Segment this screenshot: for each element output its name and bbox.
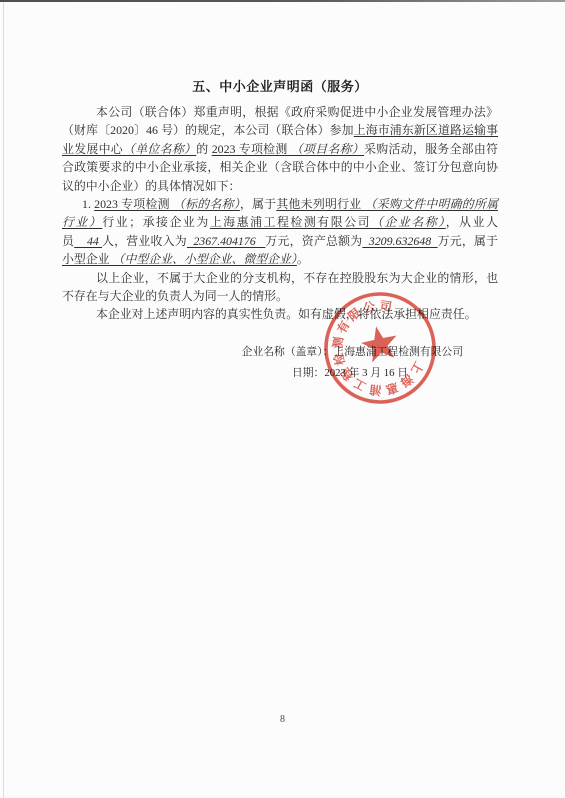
text-segment: 上海惠浦工程检测有限公司 <box>210 215 371 229</box>
text-segment: ，属于 <box>240 197 276 211</box>
text-segment: 2367.404176 <box>187 234 265 248</box>
text-segment: 3209.632648 <box>362 234 437 248</box>
signature-date-line: 日期：2023 年 3 月 16 日 <box>62 363 498 384</box>
text-segment: 小型企业 <box>62 252 113 266</box>
signature-block: 企业名称（盖章）：上海惠浦工程检测有限公司 日期：2023 年 3 月 16 日 <box>62 342 498 384</box>
text-segment: 2023 专项检测 <box>212 142 291 156</box>
scan-edge-top <box>0 0 565 2</box>
paragraph-authenticity: 本企业对上述声明内容的真实性负责。如有虚假，将依法承担相应责任。 <box>62 305 498 323</box>
paragraph-item-1: 1. 2023 专项检测 （标的名称），属于其他未列明行业 （采购文件中明确的所… <box>62 195 498 269</box>
signature-date-value: 2023 年 3 月 16 日 <box>324 367 408 379</box>
svg-text:浦: 浦 <box>369 382 383 398</box>
text-segment: 。 <box>297 252 309 266</box>
document-page: 五、中小企业声明函（服务） 本公司（联合体）郑重声明，根据《政府采购促进中小企业… <box>0 0 565 798</box>
text-segment: （项目名称） <box>291 142 364 156</box>
signature-company-label: 企业名称（盖章）： <box>242 346 334 358</box>
text-segment: 万元，属于 <box>438 234 498 248</box>
paragraph-declaration-intro: 本公司（联合体）郑重声明，根据《政府采购促进中小企业发展管理办法》（财库〔202… <box>62 103 498 195</box>
scan-edge-left <box>3 0 4 798</box>
text-segment: 人，营业收入为 <box>102 234 187 248</box>
paragraph-no-branch: 以上企业，不属于大企业的分支机构，不存在控股股东为大企业的情形，也不存在与大企业… <box>62 269 498 306</box>
text-segment: 本企业对上述声明内容的真实性负责。如有虚假，将依法承担相应责任。 <box>96 307 477 321</box>
signature-date-label: 日期： <box>292 367 324 379</box>
text-segment: 其他未列明行业 <box>276 197 364 211</box>
text-segment: 44 <box>74 234 102 248</box>
page-number: 8 <box>0 714 565 725</box>
text-segment: 以上企业，不属于大企业的分支机构，不存在控股股东为大企业的情形，也不存在与大企业… <box>62 271 498 303</box>
text-segment: 万元，资产总额为 <box>265 234 362 248</box>
text-segment: （单位名称） <box>123 142 196 156</box>
document-title: 五、中小企业声明函（服务） <box>62 78 498 96</box>
text-segment: （中型企业、小型企业、微型企业） <box>113 252 297 266</box>
text-segment: （标的名称） <box>173 197 240 211</box>
text-segment: 的 <box>196 142 211 156</box>
text-segment: （企业名称） <box>371 215 446 229</box>
text-segment: 1. <box>82 197 94 211</box>
document-content: 五、中小企业声明函（服务） 本公司（联合体）郑重声明，根据《政府采购促进中小企业… <box>62 78 498 384</box>
signature-company-name: 上海惠浦工程检测有限公司 <box>333 346 463 358</box>
signature-company-line: 企业名称（盖章）：上海惠浦工程检测有限公司 <box>62 342 498 363</box>
text-segment: 2023 专项检测 <box>94 197 173 211</box>
text-segment: 行业；承接企业为 <box>102 215 210 229</box>
